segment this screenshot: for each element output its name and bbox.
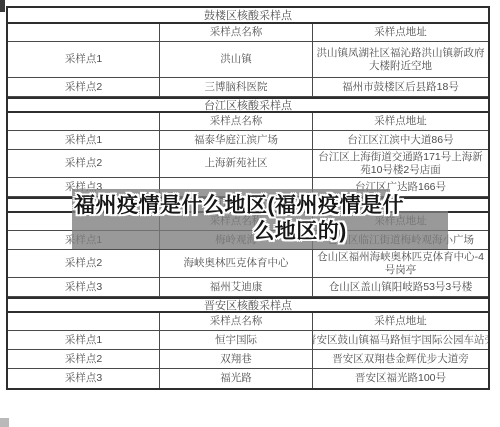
site-name-cell: 福光路 <box>160 369 313 388</box>
column-header-name-cell: 采样点名称 <box>160 313 313 330</box>
site-address-cell: 台江区上海街道交通路171号上海新苑10号楼2号店面 <box>313 150 488 177</box>
corner-artifact-bottom-left <box>0 418 9 427</box>
section-header-row: 台江区核酸采样点 <box>8 97 488 113</box>
data-row: 采样点1恒宇国际晋安区鼓山镇福马路恒宇国际公园车站旁 <box>8 331 488 350</box>
row-label-cell: 采样点1 <box>8 331 160 349</box>
data-row: 采样点3福光路晋安区福光路100号 <box>8 369 488 388</box>
site-address-cell: 晋安区鼓山镇福马路恒宇国际公园车站旁 <box>313 331 488 349</box>
column-header-empty-cell <box>8 113 160 130</box>
site-address-cell: 晋安区福光路100号 <box>313 369 488 388</box>
data-row: 采样点3台江区广达路166号 <box>8 178 488 197</box>
site-address-cell: 晋安区双翔巷金辉优步大道旁 <box>313 350 488 368</box>
column-header-name-cell: 采样点名称 <box>160 213 313 230</box>
corner-artifact-top-left <box>0 0 5 12</box>
section-header-row: 晋安区核酸采样点 <box>8 297 488 313</box>
column-header-row: 采样点名称采样点地址 <box>8 313 488 331</box>
column-header-address-cell: 采样点地址 <box>313 113 488 130</box>
site-address-cell: 仓山区福州海峡奥林匹克体育中心-4号岗亭 <box>313 250 488 277</box>
site-name-cell: 恒宇国际 <box>160 331 313 349</box>
site-address-cell: 仓山区盖山镇阳岐路53号3号楼 <box>313 278 488 296</box>
data-row: 采样点2三博脑科医院福州市鼓楼区后县路18号 <box>8 78 488 97</box>
row-label-cell: 采样点3 <box>8 278 160 296</box>
row-label-cell: 采样点2 <box>8 250 160 277</box>
data-row: 采样点1梅岭观海仓山区临江街道梅岭观海小广场 <box>8 231 488 250</box>
site-address-cell: 福州市鼓楼区后县路18号 <box>313 78 488 96</box>
page: 鼓楼区核酸采样点采样点名称采样点地址采样点1洪山镇洪山镇凤湖社区福沁路洪山镇新政… <box>0 0 500 427</box>
site-address-cell: 洪山镇凤湖社区福沁路洪山镇新政府大楼附近空地 <box>313 42 488 77</box>
sampling-points-table: 鼓楼区核酸采样点采样点名称采样点地址采样点1洪山镇洪山镇凤湖社区福沁路洪山镇新政… <box>6 6 490 390</box>
site-name-cell: 福州艾迪康 <box>160 278 313 296</box>
row-label-cell: 采样点1 <box>8 42 160 77</box>
site-name-cell: 福泰华庭江滨广场 <box>160 131 313 149</box>
row-label-cell: 采样点1 <box>8 231 160 249</box>
column-header-address-cell: 采样点地址 <box>313 213 488 230</box>
data-row: 采样点3福州艾迪康仓山区盖山镇阳岐路53号3号楼 <box>8 278 488 297</box>
column-header-name-cell: 采样点名称 <box>160 24 313 41</box>
site-name-cell <box>160 178 313 196</box>
data-row: 采样点1洪山镇洪山镇凤湖社区福沁路洪山镇新政府大楼附近空地 <box>8 42 488 78</box>
column-header-address-cell: 采样点地址 <box>313 313 488 330</box>
row-label-cell: 采样点1 <box>8 131 160 149</box>
site-name-cell: 三博脑科医院 <box>160 78 313 96</box>
data-row: 采样点2双翔巷晋安区双翔巷金辉优步大道旁 <box>8 350 488 369</box>
row-label-cell: 采样点3 <box>8 178 160 196</box>
column-header-empty-cell <box>8 213 160 230</box>
site-name-cell: 海峡奥林匹克体育中心 <box>160 250 313 277</box>
row-label-cell: 采样点2 <box>8 78 160 96</box>
column-header-empty-cell <box>8 24 160 41</box>
column-header-row: 采样点名称采样点地址 <box>8 213 488 231</box>
row-label-cell: 采样点2 <box>8 150 160 177</box>
section-header-row: 仓山区核酸采样点 <box>8 197 488 213</box>
site-name-cell: 洪山镇 <box>160 42 313 77</box>
column-header-address-cell: 采样点地址 <box>313 24 488 41</box>
column-header-empty-cell <box>8 313 160 330</box>
column-header-row: 采样点名称采样点地址 <box>8 113 488 131</box>
section-header-row: 鼓楼区核酸采样点 <box>8 8 488 24</box>
column-header-row: 采样点名称采样点地址 <box>8 24 488 42</box>
data-row: 采样点2海峡奥林匹克体育中心仓山区福州海峡奥林匹克体育中心-4号岗亭 <box>8 250 488 278</box>
site-address-cell: 台江区广达路166号 <box>313 178 488 196</box>
column-header-name-cell: 采样点名称 <box>160 113 313 130</box>
site-name-cell: 梅岭观海 <box>160 231 313 249</box>
site-address-cell: 仓山区临江街道梅岭观海小广场 <box>313 231 488 249</box>
site-name-cell: 上海新苑社区 <box>160 150 313 177</box>
row-label-cell: 采样点3 <box>8 369 160 388</box>
data-row: 采样点2上海新苑社区台江区上海街道交通路171号上海新苑10号楼2号店面 <box>8 150 488 178</box>
data-row: 采样点1福泰华庭江滨广场台江区江滨中大道86号 <box>8 131 488 150</box>
row-label-cell: 采样点2 <box>8 350 160 368</box>
site-address-cell: 台江区江滨中大道86号 <box>313 131 488 149</box>
site-name-cell: 双翔巷 <box>160 350 313 368</box>
